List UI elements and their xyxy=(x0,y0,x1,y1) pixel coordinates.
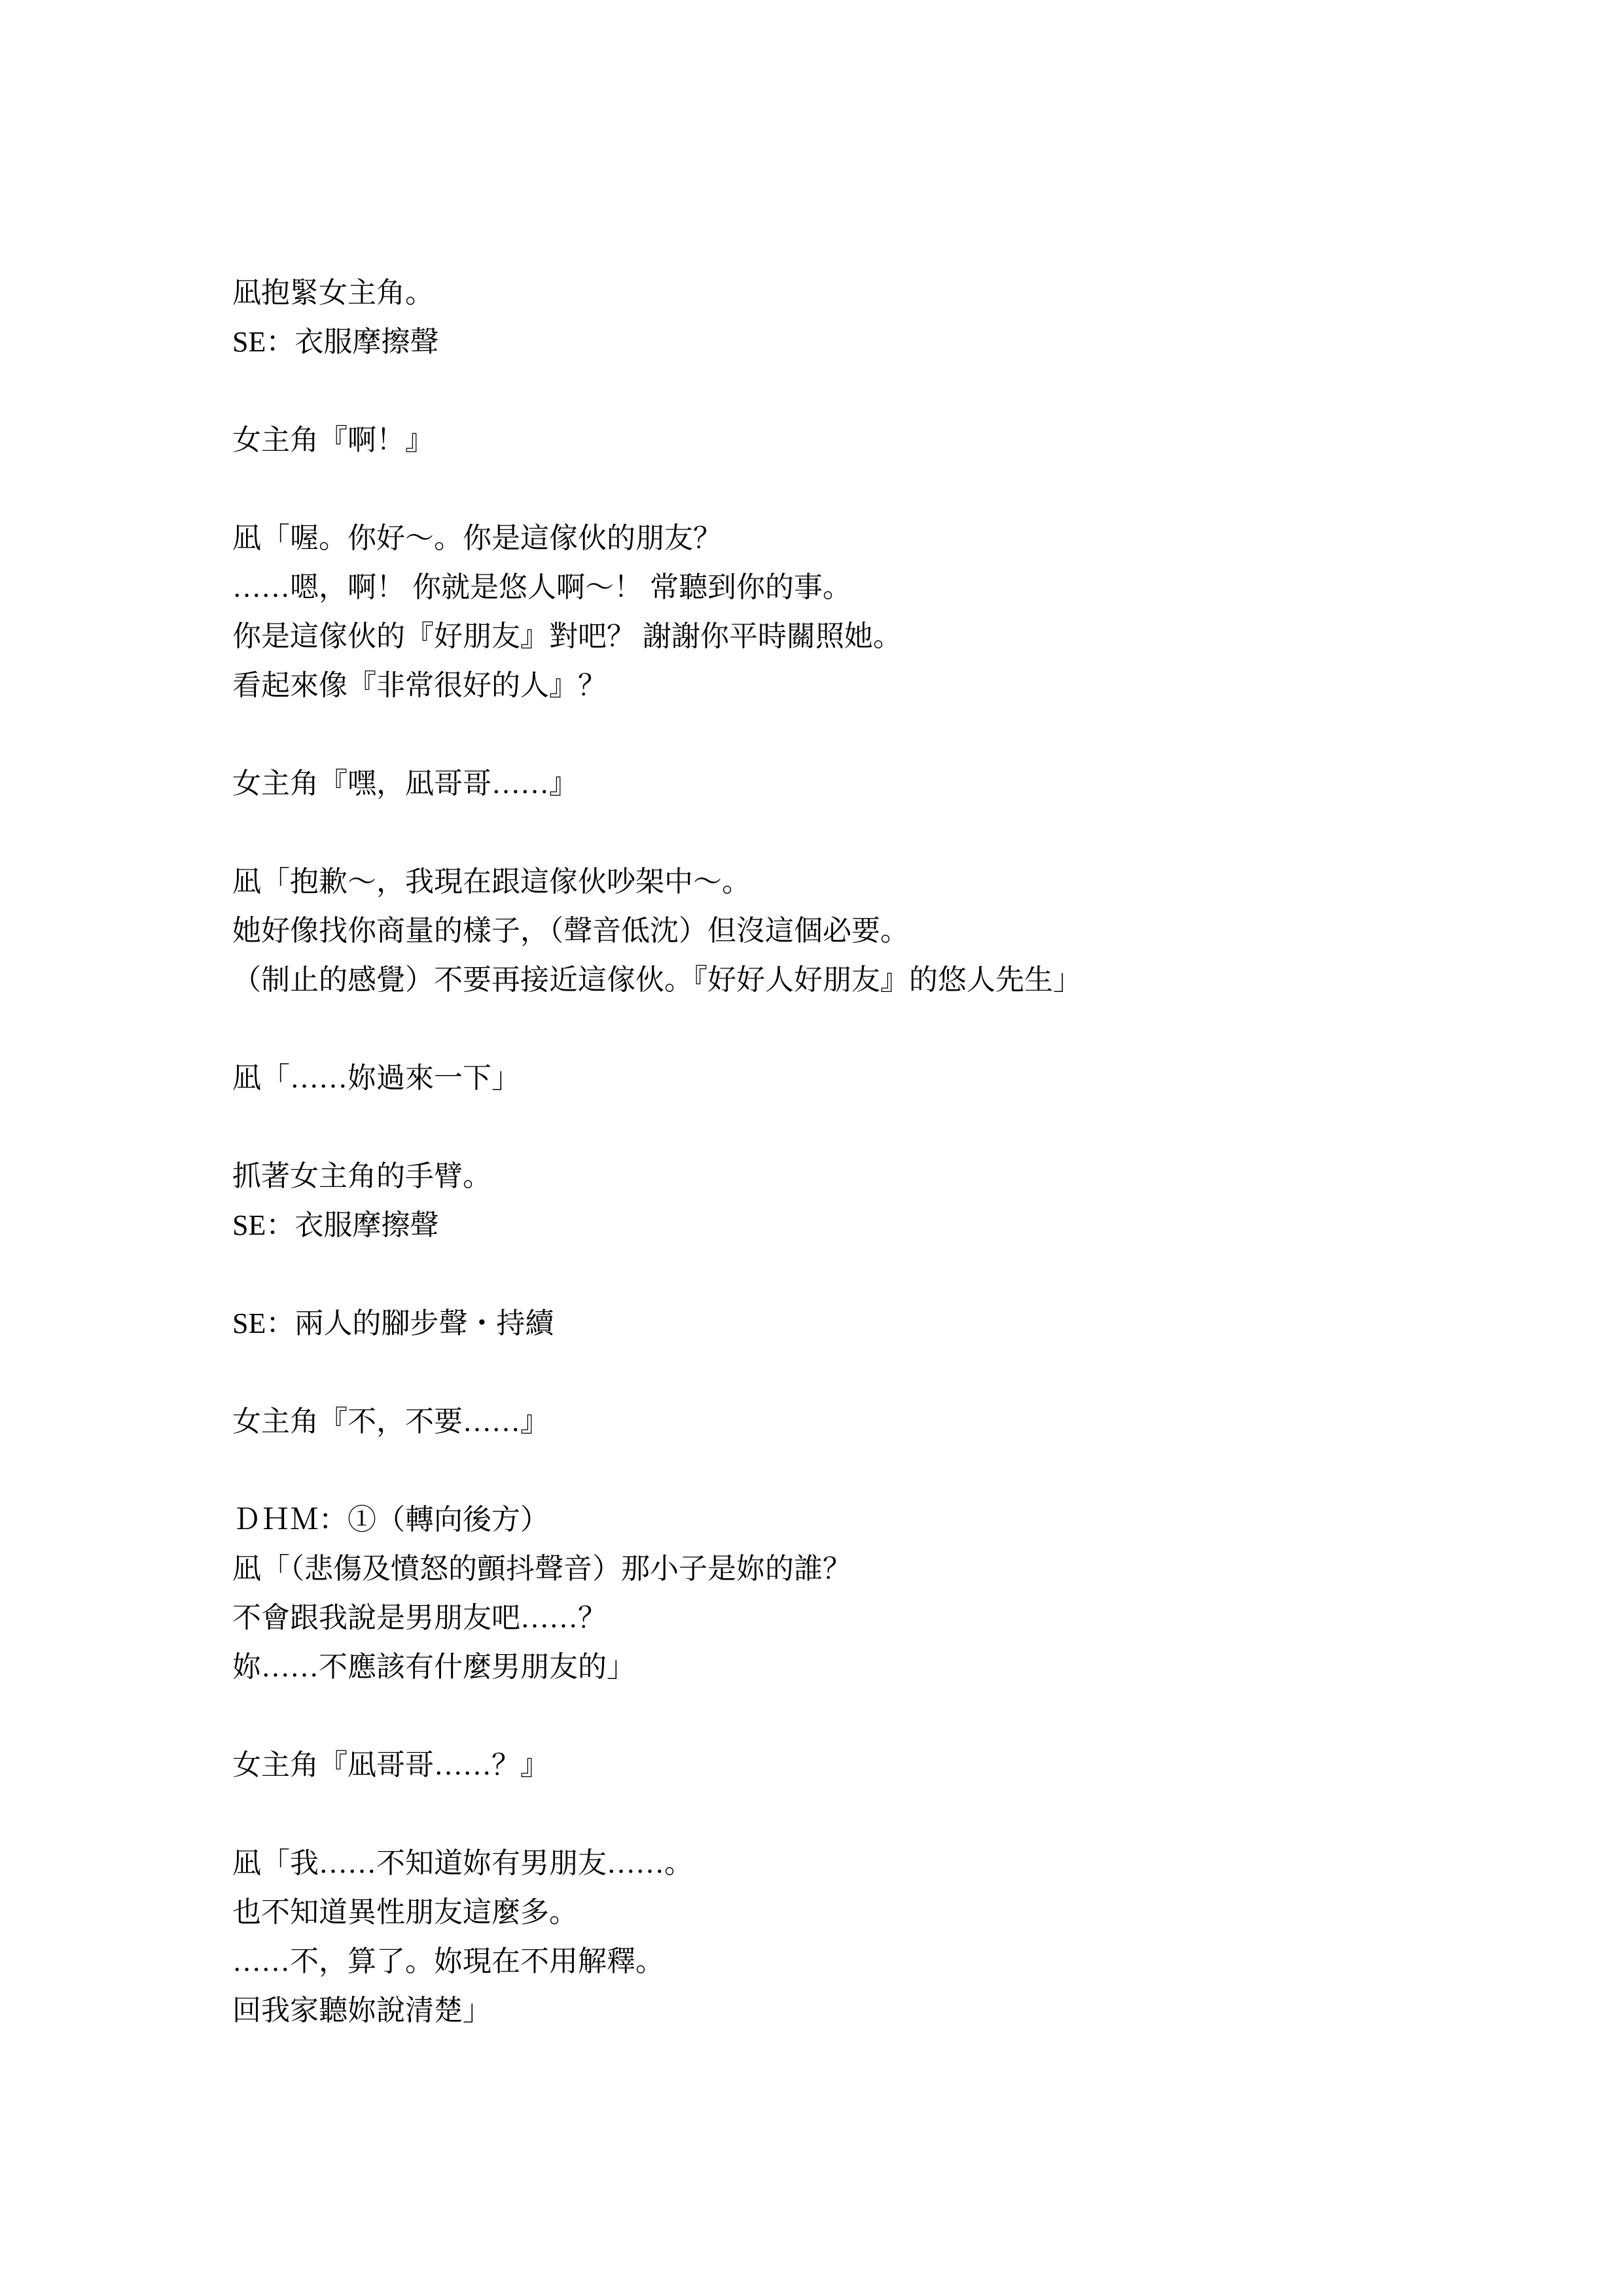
dialogue-line: 凪「……妳過來一下」 xyxy=(232,1053,1476,1103)
blank-line xyxy=(232,1446,1476,1495)
stage-direction: 抓著女主角的手臂。 xyxy=(232,1152,1476,1201)
blank-line xyxy=(232,366,1476,415)
dialogue-line: 凪「喔。你好～。你是這傢伙的朋友？ xyxy=(232,514,1476,563)
dialogue-line: 女主角『凪哥哥……？』 xyxy=(232,1740,1476,1790)
dialogue-line: ……嗯，啊！ 你就是悠人啊～！ 常聽到你的事。 xyxy=(232,563,1476,612)
sound-effect: SE：兩人的腳步聲・持續 xyxy=(232,1299,1476,1348)
blank-line xyxy=(232,1250,1476,1299)
blank-line xyxy=(232,710,1476,759)
sound-effect: SE：衣服摩擦聲 xyxy=(232,1201,1476,1250)
document-page: 凪抱緊女主角。 SE：衣服摩擦聲 女主角『啊！』 凪「喔。你好～。你是這傢伙的朋… xyxy=(0,0,1623,2296)
dialogue-line: 回我家聽妳說清楚」 xyxy=(232,1986,1476,2035)
blank-line xyxy=(232,808,1476,857)
blank-line xyxy=(232,1004,1476,1053)
script-body: 凪抱緊女主角。 SE：衣服摩擦聲 女主角『啊！』 凪「喔。你好～。你是這傢伙的朋… xyxy=(232,268,1476,2035)
blank-line xyxy=(232,1103,1476,1152)
blank-line xyxy=(232,1790,1476,1839)
dialogue-line: 她好像找你商量的樣子，（聲音低沈）但沒這個必要。 xyxy=(232,906,1476,955)
dialogue-line: 不會跟我說是男朋友吧……？ xyxy=(232,1593,1476,1642)
dialogue-line: 女主角『啊！』 xyxy=(232,415,1476,465)
stage-direction: 凪抱緊女主角。 xyxy=(232,268,1476,317)
blank-line xyxy=(232,1348,1476,1397)
dialogue-line: 你是這傢伙的『好朋友』對吧？ 謝謝你平時關照她。 xyxy=(232,612,1476,661)
dialogue-line: 凪「我……不知道妳有男朋友……。 xyxy=(232,1839,1476,1888)
dialogue-line: 女主角『不，不要……』 xyxy=(232,1397,1476,1446)
dialogue-line: 凪「抱歉～，我現在跟這傢伙吵架中～。 xyxy=(232,857,1476,906)
dialogue-line: 凪「（悲傷及憤怒的顫抖聲音）那小子是妳的誰？ xyxy=(232,1544,1476,1593)
dialogue-line: 看起來像『非常很好的人』？ xyxy=(232,661,1476,710)
sound-effect: SE：衣服摩擦聲 xyxy=(232,317,1476,366)
dialogue-line: 妳……不應該有什麼男朋友的」 xyxy=(232,1642,1476,1691)
dialogue-line: （制止的感覺）不要再接近這傢伙。『好好人好朋友』的悠人先生」 xyxy=(232,955,1476,1004)
dialogue-line: ……不，算了。妳現在不用解釋。 xyxy=(232,1937,1476,1986)
dialogue-line: 女主角『嘿，凪哥哥……』 xyxy=(232,759,1476,808)
blank-line xyxy=(232,1691,1476,1740)
dhm-direction: ＤＨＭ：①（轉向後方） xyxy=(232,1495,1476,1544)
dialogue-line: 也不知道異性朋友這麼多。 xyxy=(232,1888,1476,1937)
blank-line xyxy=(232,465,1476,514)
